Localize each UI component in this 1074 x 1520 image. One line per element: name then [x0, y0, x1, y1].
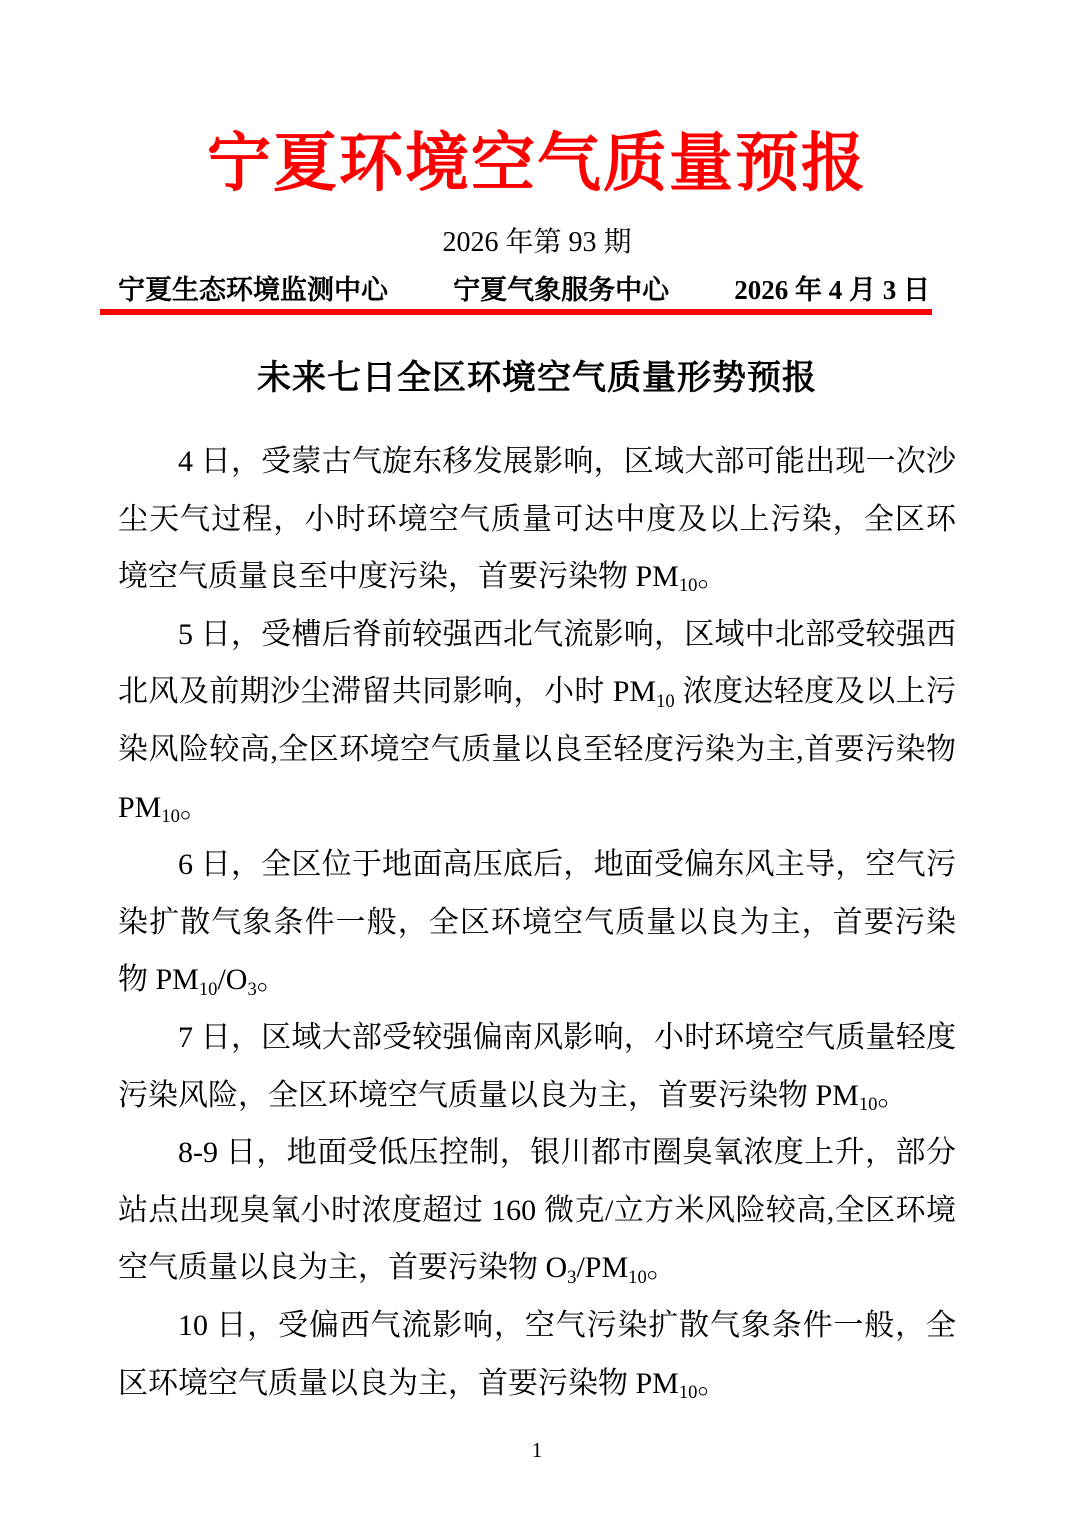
forecast-paragraph: 7 日，区域大部受较强偏南风影响，小时环境空气质量轻度污染风险，全区环境空气质量…: [118, 1009, 956, 1124]
document-page: 宁夏环境空气质量预报 2026 年第 93 期 宁夏生态环境监测中心 宁夏气象服…: [0, 0, 1074, 1520]
document-content: 宁夏环境空气质量预报 2026 年第 93 期 宁夏生态环境监测中心 宁夏气象服…: [0, 0, 1074, 1412]
masthead-agency-left: 宁夏生态环境监测中心: [118, 274, 388, 306]
forecast-paragraph: 5 日，受槽后脊前较强西北气流影响，区域中北部受较强西北风及前期沙尘滞留共同影响…: [118, 606, 956, 836]
masthead-agency-center: 宁夏气象服务中心: [453, 274, 669, 306]
forecast-body: 4 日，受蒙古气旋东移发展影响，区域大部可能出现一次沙尘天气过程，小时环境空气质…: [118, 433, 956, 1412]
page-number: 1: [0, 1438, 1074, 1462]
masthead-rule: [100, 309, 932, 315]
section-heading: 未来七日全区环境空气质量形势预报: [118, 357, 956, 399]
forecast-paragraph: 10 日，受偏西气流影响，空气污染扩散气象条件一般，全区环境空气质量以良为主，首…: [118, 1297, 956, 1412]
masthead: 宁夏生态环境监测中心 宁夏气象服务中心 2026 年 4 月 3 日: [118, 274, 956, 306]
document-title: 宁夏环境空气质量预报: [118, 0, 956, 212]
forecast-paragraph: 4 日，受蒙古气旋东移发展影响，区域大部可能出现一次沙尘天气过程，小时环境空气质…: [118, 433, 956, 606]
issue-line: 2026 年第 93 期: [118, 226, 956, 260]
forecast-paragraph: 6 日，全区位于地面高压底后，地面受偏东风主导，空气污染扩散气象条件一般，全区环…: [118, 836, 956, 1009]
masthead-date: 2026 年 4 月 3 日: [734, 274, 930, 306]
forecast-paragraph: 8-9 日，地面受低压控制，银川都市圈臭氧浓度上升，部分站点出现臭氧小时浓度超过…: [118, 1124, 956, 1297]
